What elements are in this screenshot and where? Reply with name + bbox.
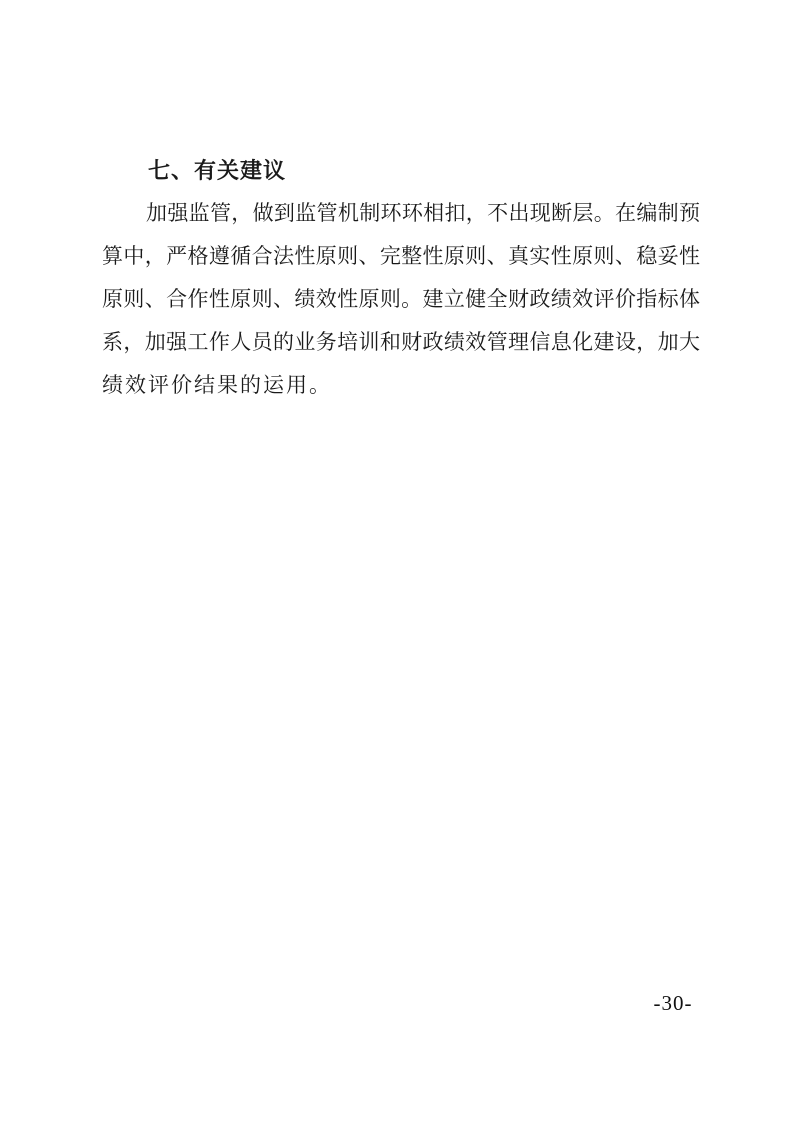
page-number: -30- <box>648 991 698 1015</box>
paragraph-line: 算中，严格遵循合法性原则、完整性原则、真实性原则、稳妥性 <box>102 235 700 278</box>
paragraph-line: 原则、合作性原则、绩效性原则。建立健全财政绩效评价指标体 <box>102 278 700 321</box>
paragraph-line: 绩效评价结果的运用。 <box>102 364 700 407</box>
document-page: 七、有关建议 加强监管，做到监管机制环环相扣，不出现断层。在编制预 算中，严格遵… <box>0 0 793 1122</box>
section-heading: 七、有关建议 <box>102 149 700 192</box>
document-body: 七、有关建议 加强监管，做到监管机制环环相扣，不出现断层。在编制预 算中，严格遵… <box>102 149 700 407</box>
paragraph-line: 加强监管，做到监管机制环环相扣，不出现断层。在编制预 <box>102 192 700 235</box>
paragraph-line: 系，加强工作人员的业务培训和财政绩效管理信息化建设，加大 <box>102 321 700 364</box>
